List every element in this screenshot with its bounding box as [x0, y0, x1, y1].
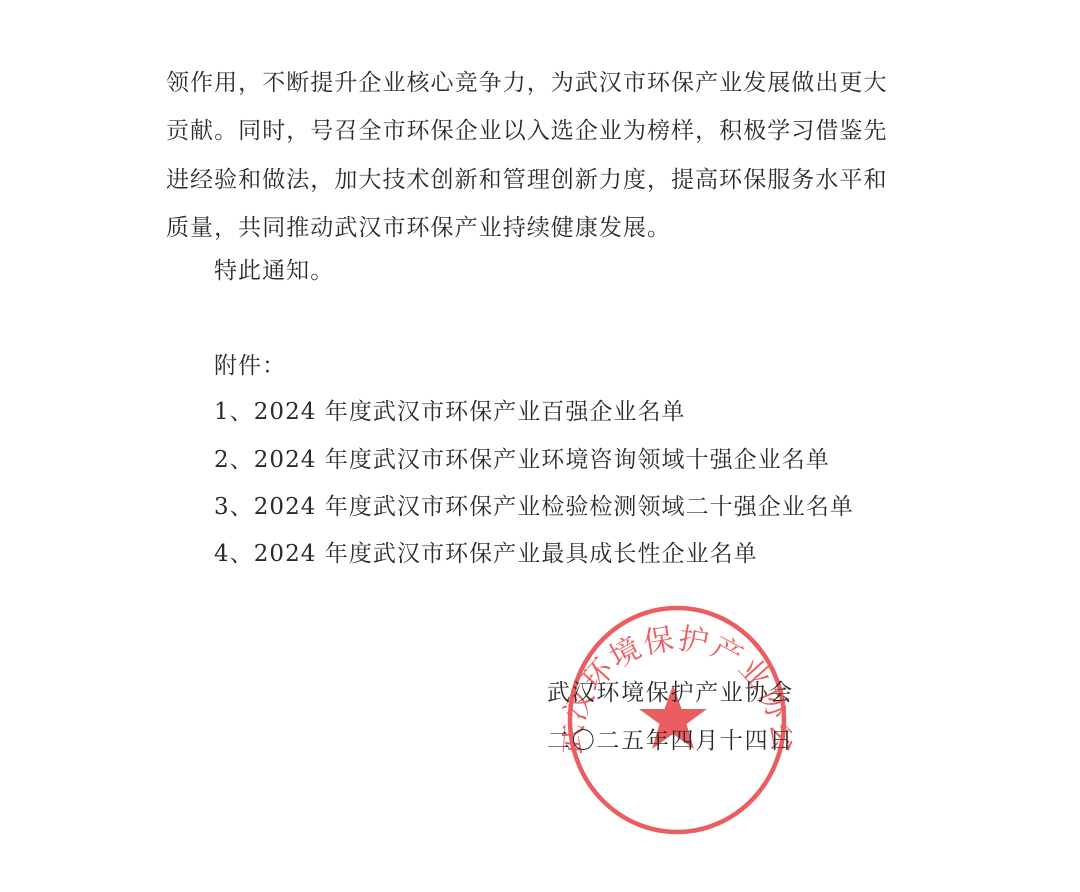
official-seal: 武汉环境保护产业协会	[562, 600, 792, 840]
signature-organization: 武汉环境保护产业协会	[547, 679, 794, 707]
signature-date: 二〇二五年四月十四日	[547, 727, 794, 755]
attachment-item-2: 2、2024 年度武汉市环保产业环境咨询领域十强企业名单	[214, 446, 830, 474]
attachments-heading: 附件：	[214, 352, 286, 380]
body-line-4: 质量，共同推动武汉市环保产业持续健康发展。	[166, 214, 671, 242]
document-page: 领作用，不断提升企业核心竞争力，为武汉市环保产业发展做出更大 贡献。同时，号召全…	[0, 0, 1080, 892]
body-line-2: 贡献。同时，号召全市环保企业以入选企业为榜样，积极学习借鉴先	[166, 117, 888, 145]
body-line-3: 进经验和做法，加大技术创新和管理创新力度，提高环保服务水平和	[166, 166, 888, 194]
closing-text: 特此通知。	[214, 257, 334, 285]
attachment-item-4: 4、2024 年度武汉市环保产业最具成长性企业名单	[214, 540, 758, 568]
attachment-item-3: 3、2024 年度武汉市环保产业检验检测领域二十强企业名单	[214, 493, 854, 521]
body-line-1: 领作用，不断提升企业核心竞争力，为武汉市环保产业发展做出更大	[166, 69, 888, 97]
attachment-item-1: 1、2024 年度武汉市环保产业百强企业名单	[214, 398, 686, 426]
